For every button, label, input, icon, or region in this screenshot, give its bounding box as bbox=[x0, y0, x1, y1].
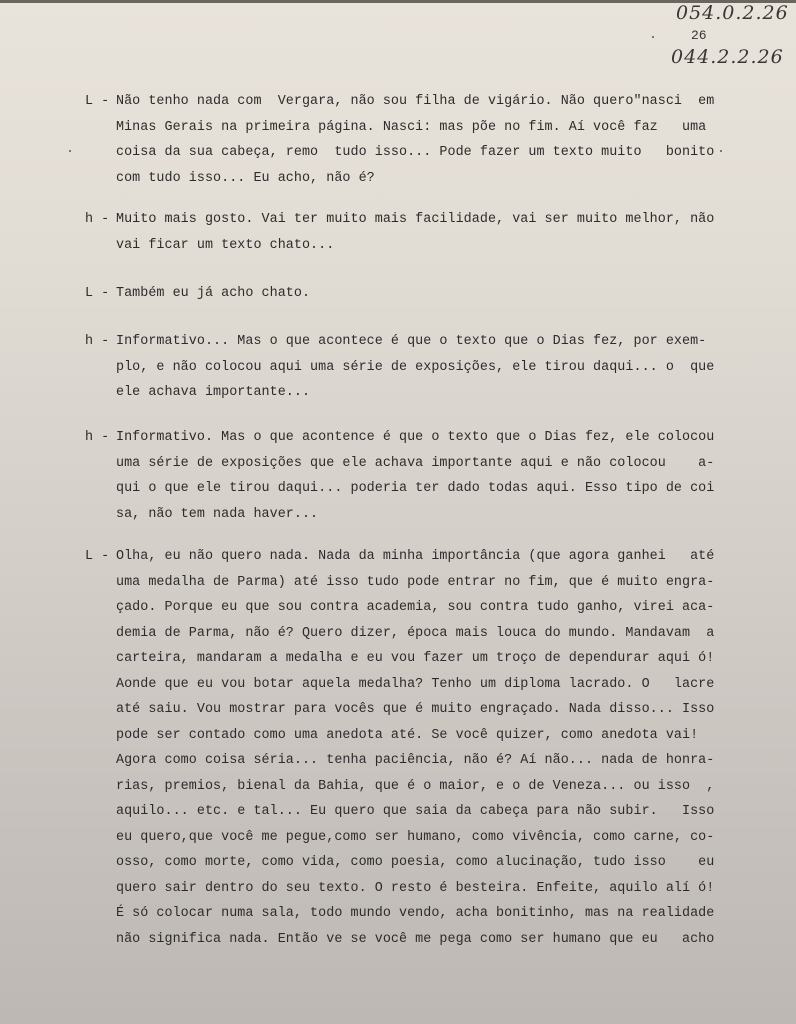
text-line: rias, premios, bienal da Bahia, que é o … bbox=[116, 774, 714, 800]
page-number: 26 bbox=[691, 28, 707, 43]
text-line: qui o que ele tirou daqui... poderia ter… bbox=[116, 476, 714, 502]
handwritten-archive-code-secondary: 044.2.2.26 bbox=[671, 46, 784, 68]
text-line: coisa da sua cabeça, remo tudo isso... P… bbox=[116, 140, 714, 166]
paper-speck bbox=[69, 150, 71, 152]
text-line: Informativo... Mas o que acontece é que … bbox=[116, 329, 714, 355]
speaker-label: h - bbox=[85, 329, 109, 355]
text-line: demia de Parma, não é? Quero dizer, époc… bbox=[116, 621, 714, 647]
text-line: sa, não tem nada haver... bbox=[116, 502, 714, 528]
text-line: quero sair dentro do seu texto. O resto … bbox=[116, 876, 714, 902]
text-line: Minas Gerais na primeira página. Nasci: … bbox=[116, 115, 714, 141]
text-line: uma medalha de Parma) até isso tudo pode… bbox=[116, 570, 714, 596]
speaker-label: L - bbox=[85, 544, 109, 570]
text-line: com tudo isso... Eu acho, não é? bbox=[116, 166, 714, 192]
text-line: Não tenho nada com Vergara, não sou filh… bbox=[116, 89, 714, 115]
text-line: até saiu. Vou mostrar para vocês que é m… bbox=[116, 697, 714, 723]
text-line: pode ser contado como uma anedota até. S… bbox=[116, 723, 714, 749]
paper-speck bbox=[720, 150, 722, 152]
speaker-label: h - bbox=[85, 207, 109, 233]
speaker-label: h - bbox=[85, 425, 109, 451]
text-line: çado. Porque eu que sou contra academia,… bbox=[116, 595, 714, 621]
text-line: É só colocar numa sala, todo mundo vendo… bbox=[116, 901, 714, 927]
text-line: eu quero,que você me pegue,como ser huma… bbox=[116, 825, 714, 851]
text-line: aquilo... etc. e tal... Eu quero que sai… bbox=[116, 799, 714, 825]
text-line: Aonde que eu vou botar aquela medalha? T… bbox=[116, 672, 714, 698]
text-line: Muito mais gosto. Vai ter muito mais fac… bbox=[116, 207, 714, 233]
text-line: não significa nada. Então ve se você me … bbox=[116, 927, 714, 953]
paper-speck bbox=[652, 36, 654, 38]
speaker-label: L - bbox=[85, 281, 109, 307]
text-line: plo, e não colocou aqui uma série de exp… bbox=[116, 355, 714, 381]
text-line: Olha, eu não quero nada. Nada da minha i… bbox=[116, 544, 714, 570]
text-line: ele achava importante... bbox=[116, 380, 714, 406]
text-line: Informativo. Mas o que acontence é que o… bbox=[116, 425, 714, 451]
text-line: vai ficar um texto chato... bbox=[116, 233, 714, 259]
text-line: Também eu já acho chato. bbox=[116, 281, 310, 307]
text-line: carteira, mandaram a medalha e eu vou fa… bbox=[116, 646, 714, 672]
speaker-label: L - bbox=[85, 89, 109, 115]
text-line: Agora como coisa séria... tenha paciênci… bbox=[116, 748, 714, 774]
text-line: uma série de exposições que ele achava i… bbox=[116, 451, 714, 477]
text-line: osso, como morte, como vida, como poesia… bbox=[116, 850, 714, 876]
handwritten-archive-code: 054.0.2.26 bbox=[676, 2, 789, 24]
